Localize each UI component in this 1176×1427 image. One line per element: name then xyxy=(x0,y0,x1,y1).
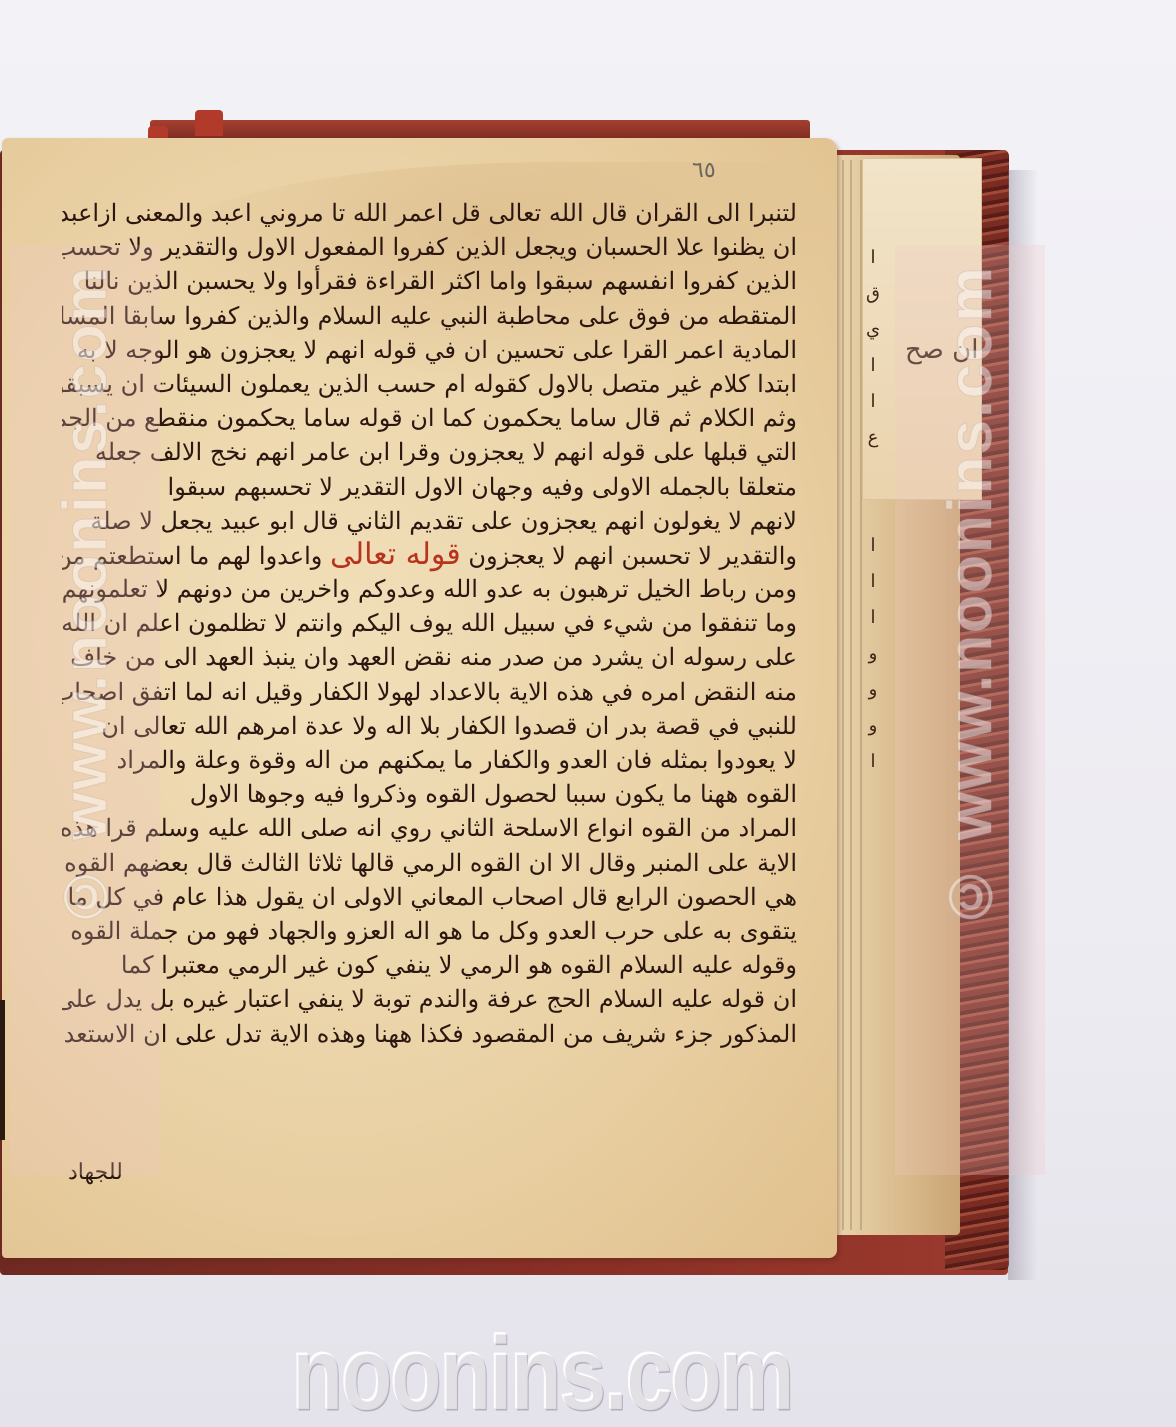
text-line: ومن رباط الخيل ترهبون به عدو الله وعدوكم… xyxy=(62,572,797,606)
text-line: المادية اعمر القرا على تحسين ان في قوله … xyxy=(62,333,797,367)
text-line: لانهم لا يغولون انهم يعجزون على تقديم ال… xyxy=(62,504,797,538)
watermark-panel-right: © www.noonins.com xyxy=(895,245,1045,1175)
watermark-vertical-left: © www.noonins.com xyxy=(50,265,121,931)
text-line: متعلقا بالجمله الاولى وفيه وجهان الاول ا… xyxy=(62,470,797,504)
text-line: المذكور جزء شريف من المقصود فكذا ههنا وه… xyxy=(62,1017,797,1051)
text-segment: والتقدير لا تحسبن انهم لا يعجزون xyxy=(461,542,797,570)
text-line: التي قبلها على قوله انهم لا يعجزون وقرا … xyxy=(62,435,797,469)
text-line: للنبي في قصة بدر ان قصدوا الكفار بلا اله… xyxy=(62,709,797,743)
text-line: القوه ههنا ما يكون سببا لحصول القوه وذكر… xyxy=(62,777,797,811)
text-line: هي الحصون الرابع قال اصحاب المعاني الاول… xyxy=(62,880,797,914)
text-line: على رسوله ان يشرد من صدر منه نقض العهد و… xyxy=(62,640,797,674)
folio-number: ٦٥ xyxy=(692,158,716,183)
page-edge xyxy=(842,160,844,1230)
text-line: وثم الكلام ثم قال ساما يحكمون كما ان قول… xyxy=(62,401,797,435)
watermark-vertical-right: © www.noonins.com xyxy=(935,265,1006,931)
facing-page-margin-text: اقيااعاااوووا xyxy=(858,240,888,990)
rubric-heading: قوله تعالى xyxy=(330,538,461,572)
text-line-with-rubric: والتقدير لا تحسبن انهم لا يعجزون قوله تع… xyxy=(62,538,797,572)
text-line: لتنبرا الى القران قال الله تعالى قل اعمر… xyxy=(62,196,797,230)
binding-tab xyxy=(195,110,223,136)
text-line: المتقطه من فوق على محاطبة النبي عليه الس… xyxy=(62,299,797,333)
manuscript-photo: ان صح اقيااعاااوووا ٦٥ لتنبرا الى القران… xyxy=(0,0,1176,1427)
text-line: ان قوله عليه السلام الحج عرفة والندم توب… xyxy=(62,982,797,1016)
manuscript-text: لتنبرا الى القران قال الله تعالى قل اعمر… xyxy=(62,196,797,1051)
text-line: منه النقض امره في هذه الاية بالاعداد لهو… xyxy=(62,675,797,709)
text-line: الذين كفروا انفسهم سبقوا واما اكثر القرا… xyxy=(62,264,797,298)
text-line: ابتدا كلام غير متصل بالاول كقوله ام حسب … xyxy=(62,367,797,401)
watermark-bottom: noonins.com xyxy=(232,1313,852,1427)
text-line: وقوله عليه السلام القوه هو الرمي لا ينفي… xyxy=(62,948,797,982)
watermark-panel-left: © www.noonins.com xyxy=(10,245,160,1175)
text-line: وما تنفقوا من شيء في سبيل الله يوف اليكم… xyxy=(62,606,797,640)
text-line: ان يظنوا علا الحسبان ويجعل الذين كفروا ا… xyxy=(62,230,797,264)
page-edge xyxy=(850,160,852,1230)
text-line: الاية على المنبر وقال الا ان القوه الرمي… xyxy=(62,846,797,880)
page-edge-mark xyxy=(0,1000,5,1140)
binding-top-edge xyxy=(150,120,810,140)
text-line: لا يعودوا بمثله فان العدو والكفار ما يمك… xyxy=(62,743,797,777)
text-line: يتقوى به على حرب العدو وكل ما هو اله الع… xyxy=(62,914,797,948)
text-line: المراد من القوه انواع الاسلحة الثاني روي… xyxy=(62,811,797,845)
